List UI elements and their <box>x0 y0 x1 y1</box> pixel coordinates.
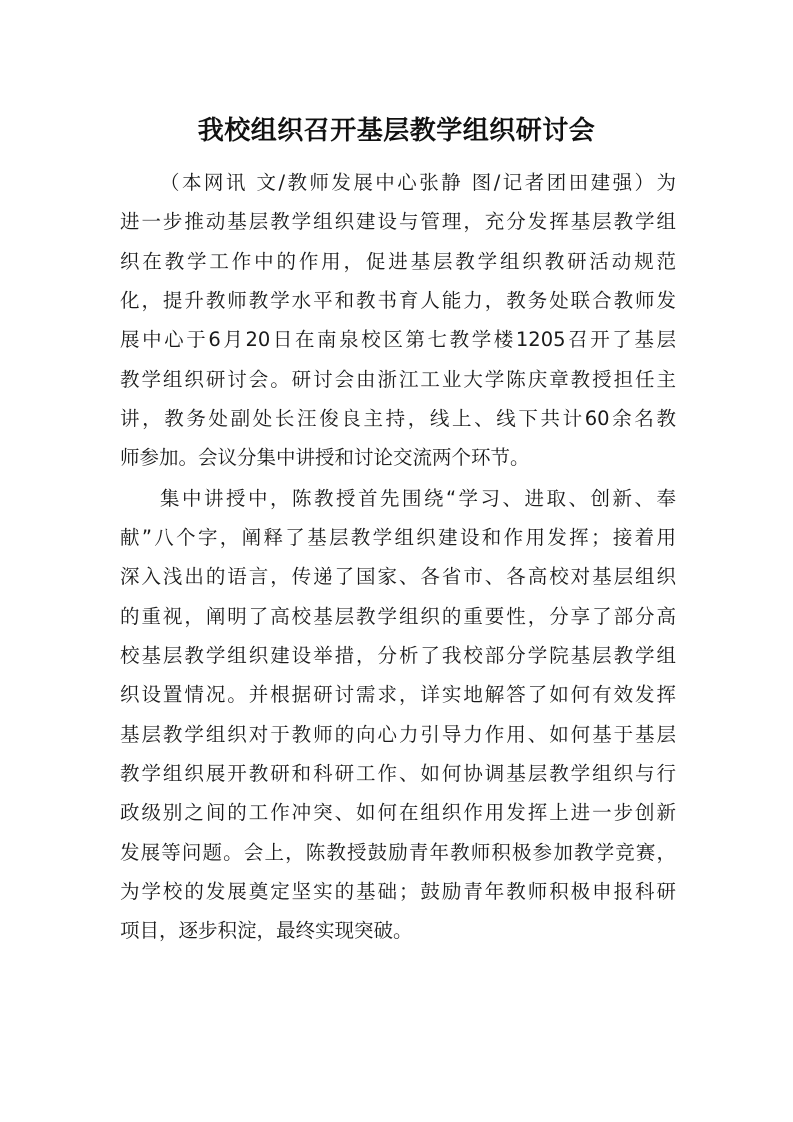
text-line: 讲，教务处副处长汪俊良主持，线上、线下共计60余名教 <box>120 406 676 432</box>
text-line: 的重视，阐明了高校基层教学组织的重要性，分享了部分高 <box>120 604 676 630</box>
text-line: 织在教学工作中的作用，促进基层教学组织教研活动规范 <box>120 249 676 275</box>
article-title: 我校组织召开基层教学组织研讨会 <box>0 110 793 147</box>
text-line: 集中讲授中，陈教授首先围绕“学习、进取、创新、奉 <box>160 486 676 512</box>
text-line: 校基层教学组织建设举措，分析了我校部分学院基层教学组 <box>120 643 676 669</box>
document-page: 我校组织召开基层教学组织研讨会 （本网讯 文/教师发展中心张静 图/记者团田建强… <box>0 0 793 1122</box>
text-line: （本网讯 文/教师发展中心张静 图/记者团田建强）为 <box>160 170 676 196</box>
text-line: 基层教学组织对于教师的向心力引导力作用、如何基于基层 <box>120 722 676 748</box>
text-line: 展中心于6月20日在南泉校区第七教学楼1205召开了基层 <box>120 327 676 353</box>
text-line: 教学组织展开教研和科研工作、如何协调基层教学组织与行 <box>120 761 676 787</box>
text-line: 献”八个字，阐释了基层教学组织建设和作用发挥；接着用 <box>120 525 676 551</box>
text-line: 织设置情况。并根据研讨需求，详实地解答了如何有效发挥 <box>120 682 676 708</box>
text-line: 教学组织研讨会。研讨会由浙江工业大学陈庆章教授担任主 <box>120 367 676 393</box>
text-line: 师参加。会议分集中讲授和讨论交流两个环节。 <box>120 445 676 471</box>
text-line: 为学校的发展奠定坚实的基础；鼓励青年教师积极申报科研 <box>120 879 676 905</box>
text-line: 化，提升教师教学水平和教书育人能力，教务处联合教师发 <box>120 288 676 314</box>
text-line: 发展等问题。会上，陈教授鼓励青年教师积极参加教学竞赛， <box>120 840 676 866</box>
text-line: 项目，逐步积淀，最终实现突破。 <box>120 918 676 944</box>
text-line: 政级别之间的工作冲突、如何在组织作用发挥上进一步创新 <box>120 800 676 826</box>
text-line: 深入浅出的语言，传递了国家、各省市、各高校对基层组织 <box>120 564 676 590</box>
text-line: 进一步推动基层教学组织建设与管理，充分发挥基层教学组 <box>120 209 676 235</box>
